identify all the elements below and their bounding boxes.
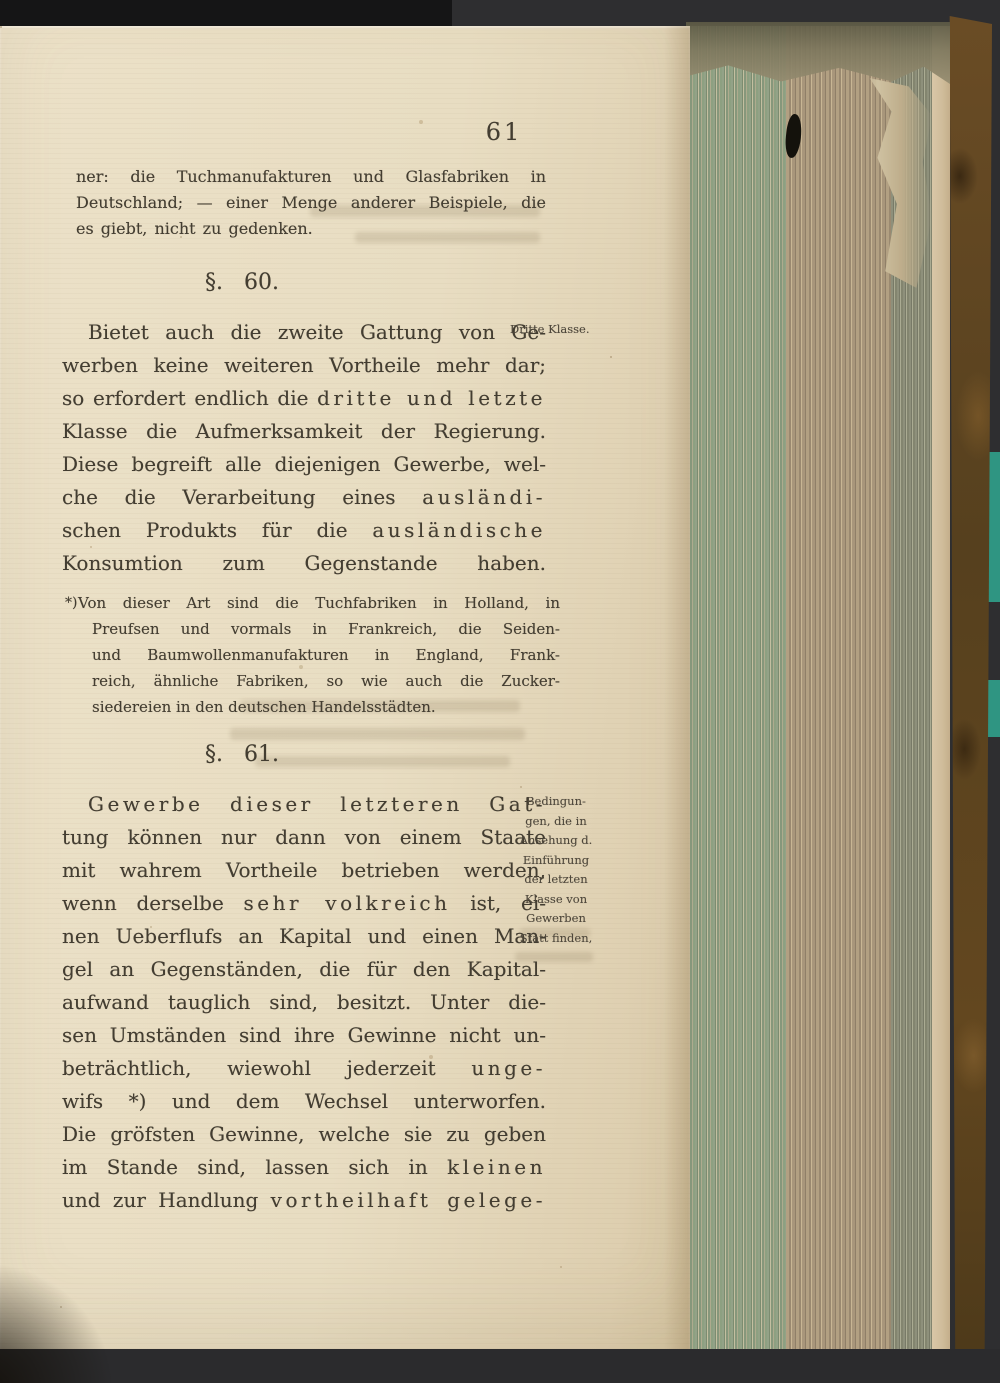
text-line: nen Ueberflufs an Kapital und einen Man- [62,920,546,953]
text-line: Preufsen und vormals in Frankreich, die … [92,616,560,642]
text-segment: Gewerbe dieser letzteren Gat- [88,792,546,816]
text-segment: beträchtlich, wiewohl jederzeit [62,1056,471,1080]
text-segment: mit wahrem Vortheile betrieben werden, [62,858,546,882]
text-line: Deutschland; — einer Menge anderer Beisp… [76,190,546,216]
section-60-heading: §. 60. [62,270,422,295]
text-line: Dritte Klasse. [510,320,602,340]
book-page: 61 ner: die Tuchmanufakturen und Glasfab… [0,26,690,1349]
text-line: aufwand tauglich sind, besitzt. Unter di… [62,986,546,1019]
text-line: Einführung [508,851,604,871]
text-segment: kleinen [447,1155,546,1179]
text-segment: der letzten [524,872,587,886]
section-61-paragraph: Gewerbe dieser letzteren Gat-tung können… [62,788,546,1217]
text-segment: ausländische [372,518,546,542]
text-line: che die Verarbeitung eines ausländi- [62,481,546,514]
text-segment: siedereien in den deutschen Handelsstädt… [92,698,436,716]
text-segment: wifs *) und dem Wechsel unterworfen. [62,1089,546,1113]
section-61-heading: §. 61. [62,742,422,767]
bleed-through-text [230,728,525,740]
text-line: tung können nur dann von einem Staate [62,821,546,854]
text-segment: Diese begreift alle diejenigen Gewerbe, … [62,452,546,476]
margin-note-bedingungen: Bedingun-gen, die inAnsehung d.Einführun… [508,792,604,948]
text-segment: im Stande sind, lassen sich in [62,1155,447,1179]
text-line: ner: die Tuchmanufakturen und Glasfabrik… [76,164,546,190]
text-segment: sehr volkreich [244,891,451,915]
text-segment: ausländi- [422,485,546,509]
text-line: Gewerben [508,909,604,929]
text-line: der letzten [508,870,604,890]
text-line: wenn derselbe sehr volkreich ist, ei- [62,887,546,920]
text-line: gel an Gegenständen, die für den Kapital… [62,953,546,986]
text-segment: Konsumtion zum Gegenstande haben. [62,551,546,575]
text-line: Die gröfsten Gewinne, welche sie zu gebe… [62,1118,546,1151]
text-line: Klasse die Aufmerksamkeit der Regierung. [62,415,546,448]
text-segment: und Baumwollenmanufakturen in England, F… [92,646,560,664]
text-segment: unge- [471,1056,546,1080]
text-segment: es giebt, nicht zu gedenken. [76,219,313,238]
text-segment: und zur Handlung [62,1188,271,1212]
text-segment: ner: die Tuchmanufakturen und Glasfabrik… [76,167,546,186]
background-shadow-top-left [0,0,452,27]
paper-specks [0,26,2,28]
footnote-first-line: Von dieser Art sind die Tuchfabriken in … [92,590,560,616]
section-60-paragraph: Bietet auch die zweite Gattung von Ge-we… [62,316,546,580]
text-segment: Von dieser Art sind die Tuchfabriken in … [78,594,560,612]
text-segment: vortheilhaft gelege- [271,1188,546,1212]
text-segment: Preufsen und vormals in Frankreich, die … [92,620,560,638]
text-line: beträchtlich, wiewohl jederzeit unge- [62,1052,546,1085]
text-line: Statt finden, [508,929,604,949]
text-line: Bietet auch die zweite Gattung von Ge- [62,316,546,349]
text-line: Bedingun- [508,792,604,812]
text-line: Von dieser Art sind die Tuchfabriken in … [78,590,560,616]
page-number: 61 [468,118,540,146]
footnote: *) Von dieser Art sind die Tuchfabriken … [92,590,560,720]
text-line: reich, ähnliche Fabriken, so wie auch di… [92,668,560,694]
book-fore-edge [686,26,950,1349]
text-line: und Baumwollenmanufakturen in England, F… [92,642,560,668]
text-line: es giebt, nicht zu gedenken. [76,216,546,242]
footnote-body: Preufsen und vormals in Frankreich, die … [92,616,560,720]
text-segment: Dritte Klasse. [510,322,590,336]
text-segment: che die Verarbeitung eines [62,485,422,509]
text-line: Gewerbe dieser letzteren Gat- [62,788,546,821]
text-segment: gen, die in [525,814,586,828]
carryover-paragraph: ner: die Tuchmanufakturen und Glasfabrik… [76,164,546,242]
text-segment: Ansehung d. [520,833,593,847]
text-line: mit wahrem Vortheile betrieben werden, [62,854,546,887]
book-photo: 61 ner: die Tuchmanufakturen und Glasfab… [0,0,1000,1349]
text-line: im Stande sind, lassen sich in kleinen [62,1151,546,1184]
text-segment: Bietet auch die zweite Gattung von Ge- [88,320,546,344]
text-segment: Einführung [523,853,589,867]
text-segment: aufwand tauglich sind, besitzt. Unter di… [62,990,546,1014]
text-segment: Bedingun- [526,794,586,808]
text-segment: Klasse von [525,892,587,906]
text-line: gen, die in [508,812,604,832]
page-corner-shadow [0,1253,140,1349]
fore-edge-green-band [686,26,786,1349]
text-segment: Gewerben [526,911,586,925]
text-line: sen Umständen sind ihre Gewinne nicht un… [62,1019,546,1052]
text-line: so erfordert endlich die dritte und letz… [62,382,546,415]
text-segment: wenn derselbe [62,891,244,915]
text-line: werben keine weiteren Vortheile mehr dar… [62,349,546,382]
fore-edge-tan-band [786,26,891,1349]
text-segment: tung können nur dann von einem Staate [62,825,546,849]
fore-edge-cream-band [932,26,950,1349]
text-segment: gel an Gegenständen, die für den Kapital… [62,957,546,981]
text-segment: dritte und letzte [317,386,546,410]
page-curve-shadow [664,26,690,1349]
text-line: Konsumtion zum Gegenstande haben. [62,547,546,580]
text-line: siedereien in den deutschen Handelsstädt… [92,694,560,720]
text-segment: Statt finden, [520,931,593,945]
text-segment: schen Produkts für die [62,518,372,542]
text-line: wifs *) und dem Wechsel unterworfen. [62,1085,546,1118]
text-segment: Die gröfsten Gewinne, welche sie zu gebe… [62,1122,546,1146]
text-line: Diese begreift alle diejenigen Gewerbe, … [62,448,546,481]
text-segment: werben keine weiteren Vortheile mehr dar… [62,353,546,377]
text-line: Ansehung d. [508,831,604,851]
footnote-marker: *) [65,590,77,616]
text-segment: reich, ähnliche Fabriken, so wie auch di… [92,672,560,690]
text-segment: Klasse die Aufmerksamkeit der Regierung. [62,419,546,443]
text-segment: so erfordert endlich die [62,386,317,410]
margin-note-dritte-klasse: Dritte Klasse. [510,320,602,340]
text-segment: Deutschland; — einer Menge anderer Beisp… [76,193,546,212]
text-line: Klasse von [508,890,604,910]
text-segment: nen Ueberflufs an Kapital und einen Man- [62,924,546,948]
text-segment: sen Umständen sind ihre Gewinne nicht un… [62,1023,546,1047]
text-line: schen Produkts für die ausländische [62,514,546,547]
text-line: und zur Handlung vortheilhaft gelege- [62,1184,546,1217]
